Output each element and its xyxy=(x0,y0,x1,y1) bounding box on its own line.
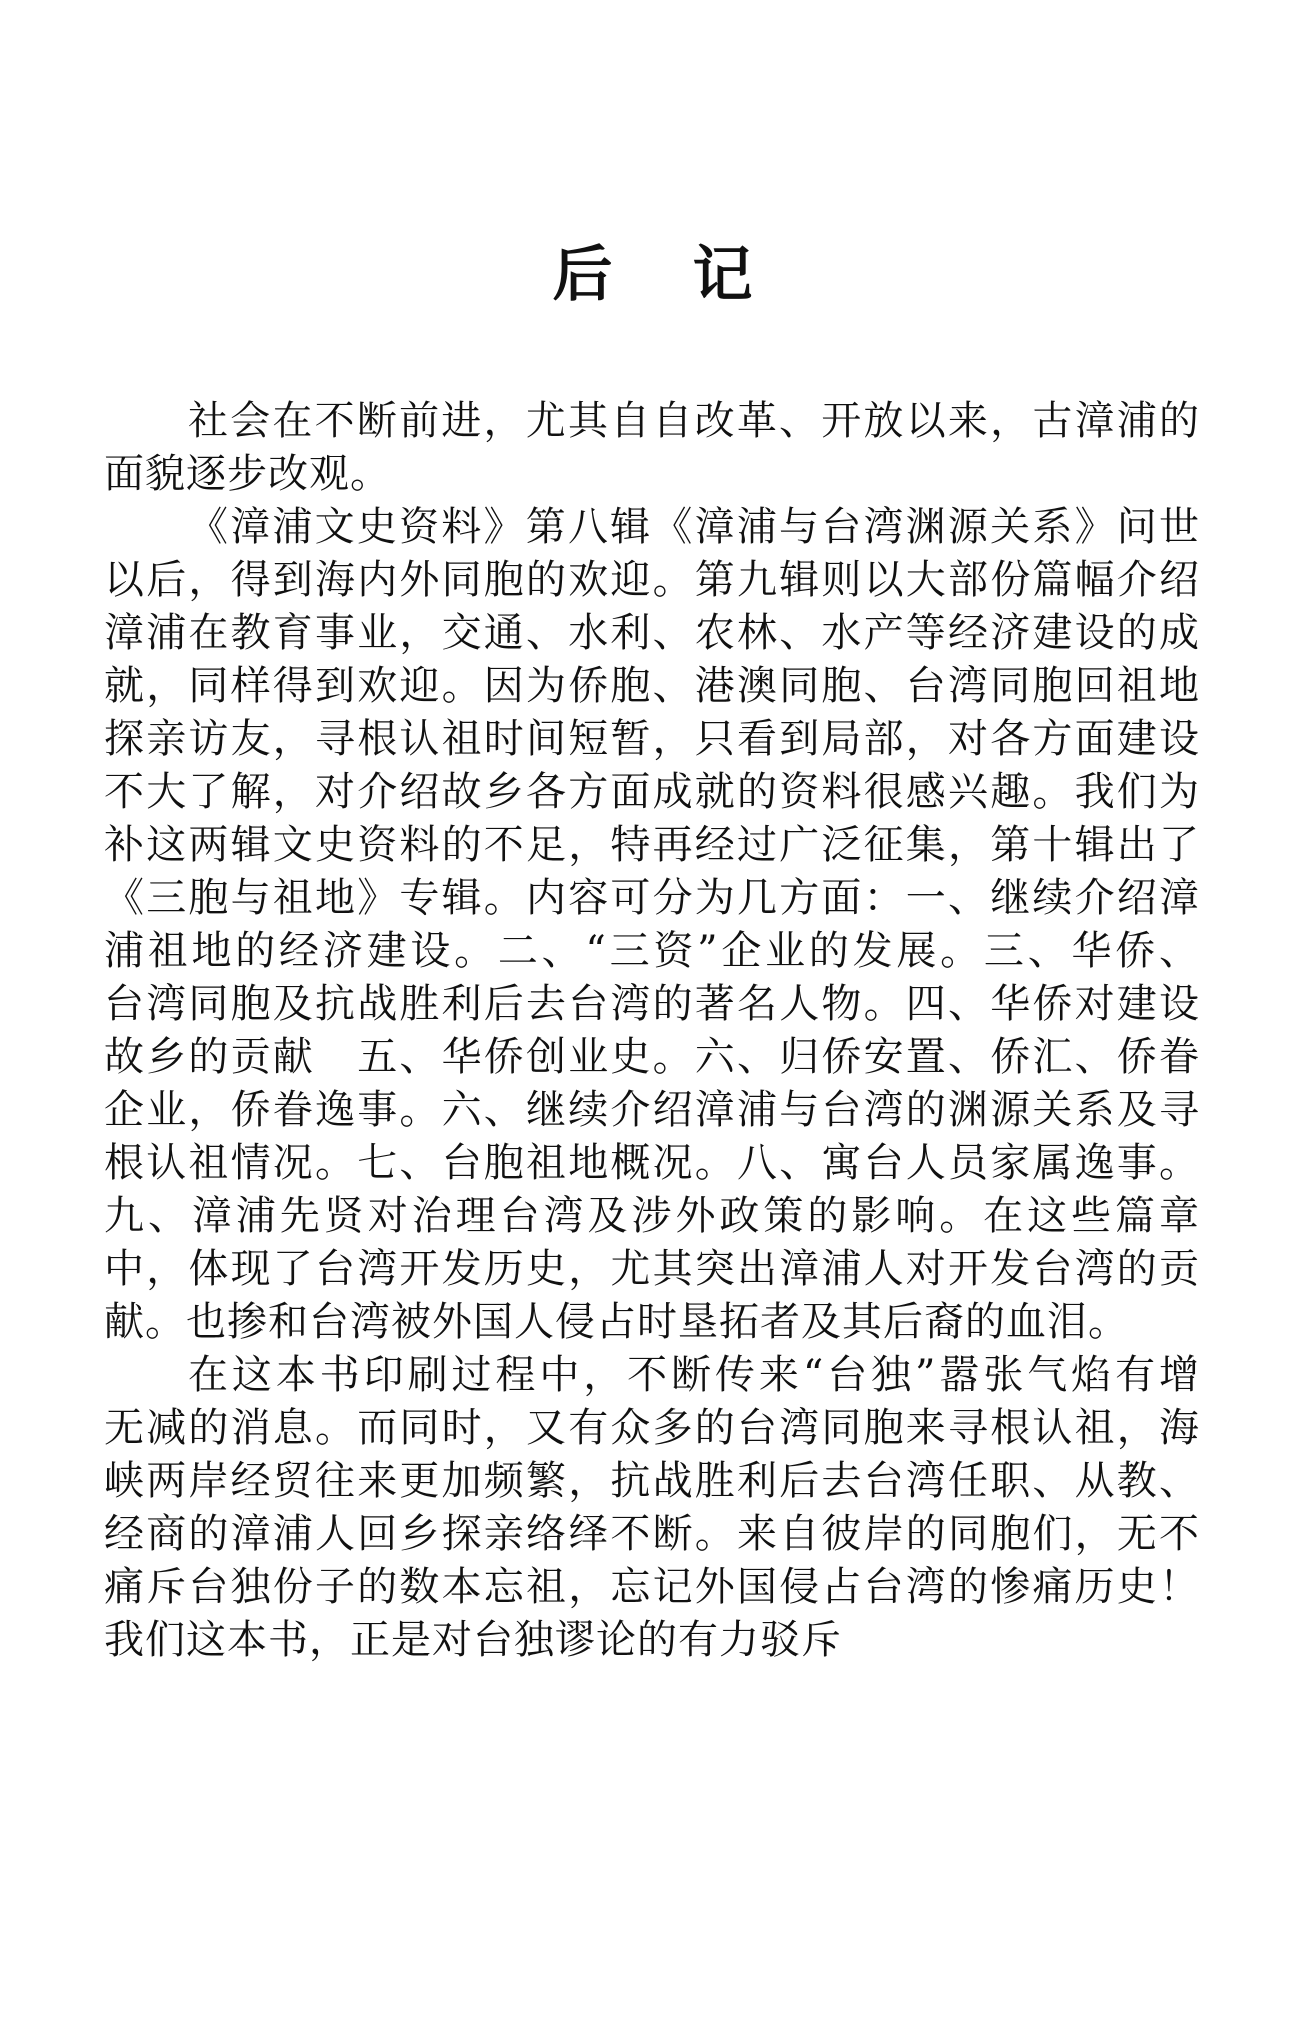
paragraph-1-line-1: 社会在不断前进，尤其自自改革、开放以来，古漳浦的 xyxy=(104,395,1200,448)
paragraph-2-line-16: 献。也掺和台湾被外国人侵占时垦拓者及其后裔的血泪。 xyxy=(104,1296,1200,1349)
paragraph-3-line-5: 痛斥台独份子的数本忘祖，忘记外国侵占台湾的惨痛历史！ xyxy=(104,1561,1200,1614)
paragraph-1-line-2: 面貌逐步改观。 xyxy=(104,448,1200,501)
paragraph-2-line-3: 漳浦在教育事业，交通、水利、农林、水产等经济建设的成 xyxy=(104,607,1200,660)
paragraph-2-line-5: 探亲访友，寻根认祖时间短暂，只看到局部，对各方面建设 xyxy=(104,713,1200,766)
paragraph-2-line-9: 浦祖地的经济建设。二、“三资”企业的发展。三、华侨、 xyxy=(104,925,1200,978)
paragraph-2-line-4: 就，同样得到欢迎。因为侨胞、港澳同胞、台湾同胞回祖地 xyxy=(104,660,1200,713)
paragraph-2-line-13: 根认祖情况。七、台胞祖地概况。八、寓台人员家属逸事。 xyxy=(104,1137,1200,1190)
paragraph-2-line-7: 补这两辑文史资料的不足，特再经过广泛征集，第十辑出了 xyxy=(104,819,1200,872)
paragraph-3-line-2: 无减的消息。而同时，又有众多的台湾同胞来寻根认祖，海 xyxy=(104,1402,1200,1455)
paragraph-3-line-6: 我们这本书，正是对台独谬论的有力驳斥 xyxy=(104,1614,1200,1667)
paragraph-3-line-3: 峡两岸经贸往来更加频繁，抗战胜利后去台湾任职、从教、 xyxy=(104,1455,1200,1508)
document-page: 后记 社会在不断前进，尤其自自改革、开放以来，古漳浦的 面貌逐步改观。 《漳浦文… xyxy=(0,0,1305,2040)
paragraph-2-line-15: 中，体现了台湾开发历史，尤其突出漳浦人对开发台湾的贡 xyxy=(104,1243,1200,1296)
paragraph-2-line-12: 企业，侨眷逸事。六、继续介绍漳浦与台湾的渊源关系及寻 xyxy=(104,1084,1200,1137)
paragraph-2-line-8: 《三胞与祖地》专辑。内容可分为几方面：一、继续介绍漳 xyxy=(104,872,1200,925)
paragraph-3-line-4: 经商的漳浦人回乡探亲络绎不断。来自彼岸的同胞们，无不 xyxy=(104,1508,1200,1561)
paragraph-2-line-14: 九、漳浦先贤对治理台湾及涉外政策的影响。在这些篇章 xyxy=(104,1190,1200,1243)
page-title: 后记 xyxy=(0,235,1305,315)
paragraph-2-line-10: 台湾同胞及抗战胜利后去台湾的著名人物。四、华侨对建设 xyxy=(104,978,1200,1031)
document-body: 社会在不断前进，尤其自自改革、开放以来，古漳浦的 面貌逐步改观。 《漳浦文史资料… xyxy=(104,395,1200,1667)
paragraph-3-line-1: 在这本书印刷过程中，不断传来“台独”嚣张气焰有增 xyxy=(104,1349,1200,1402)
paragraph-2-line-1: 《漳浦文史资料》第八辑《漳浦与台湾渊源关系》问世 xyxy=(104,501,1200,554)
paragraph-2-line-11: 故乡的贡献 五、华侨创业史。六、归侨安置、侨汇、侨眷 xyxy=(104,1031,1200,1084)
paragraph-2-line-2: 以后，得到海内外同胞的欢迎。第九辑则以大部份篇幅介绍 xyxy=(104,554,1200,607)
paragraph-2-line-6: 不大了解，对介绍故乡各方面成就的资料很感兴趣。我们为 xyxy=(104,766,1200,819)
